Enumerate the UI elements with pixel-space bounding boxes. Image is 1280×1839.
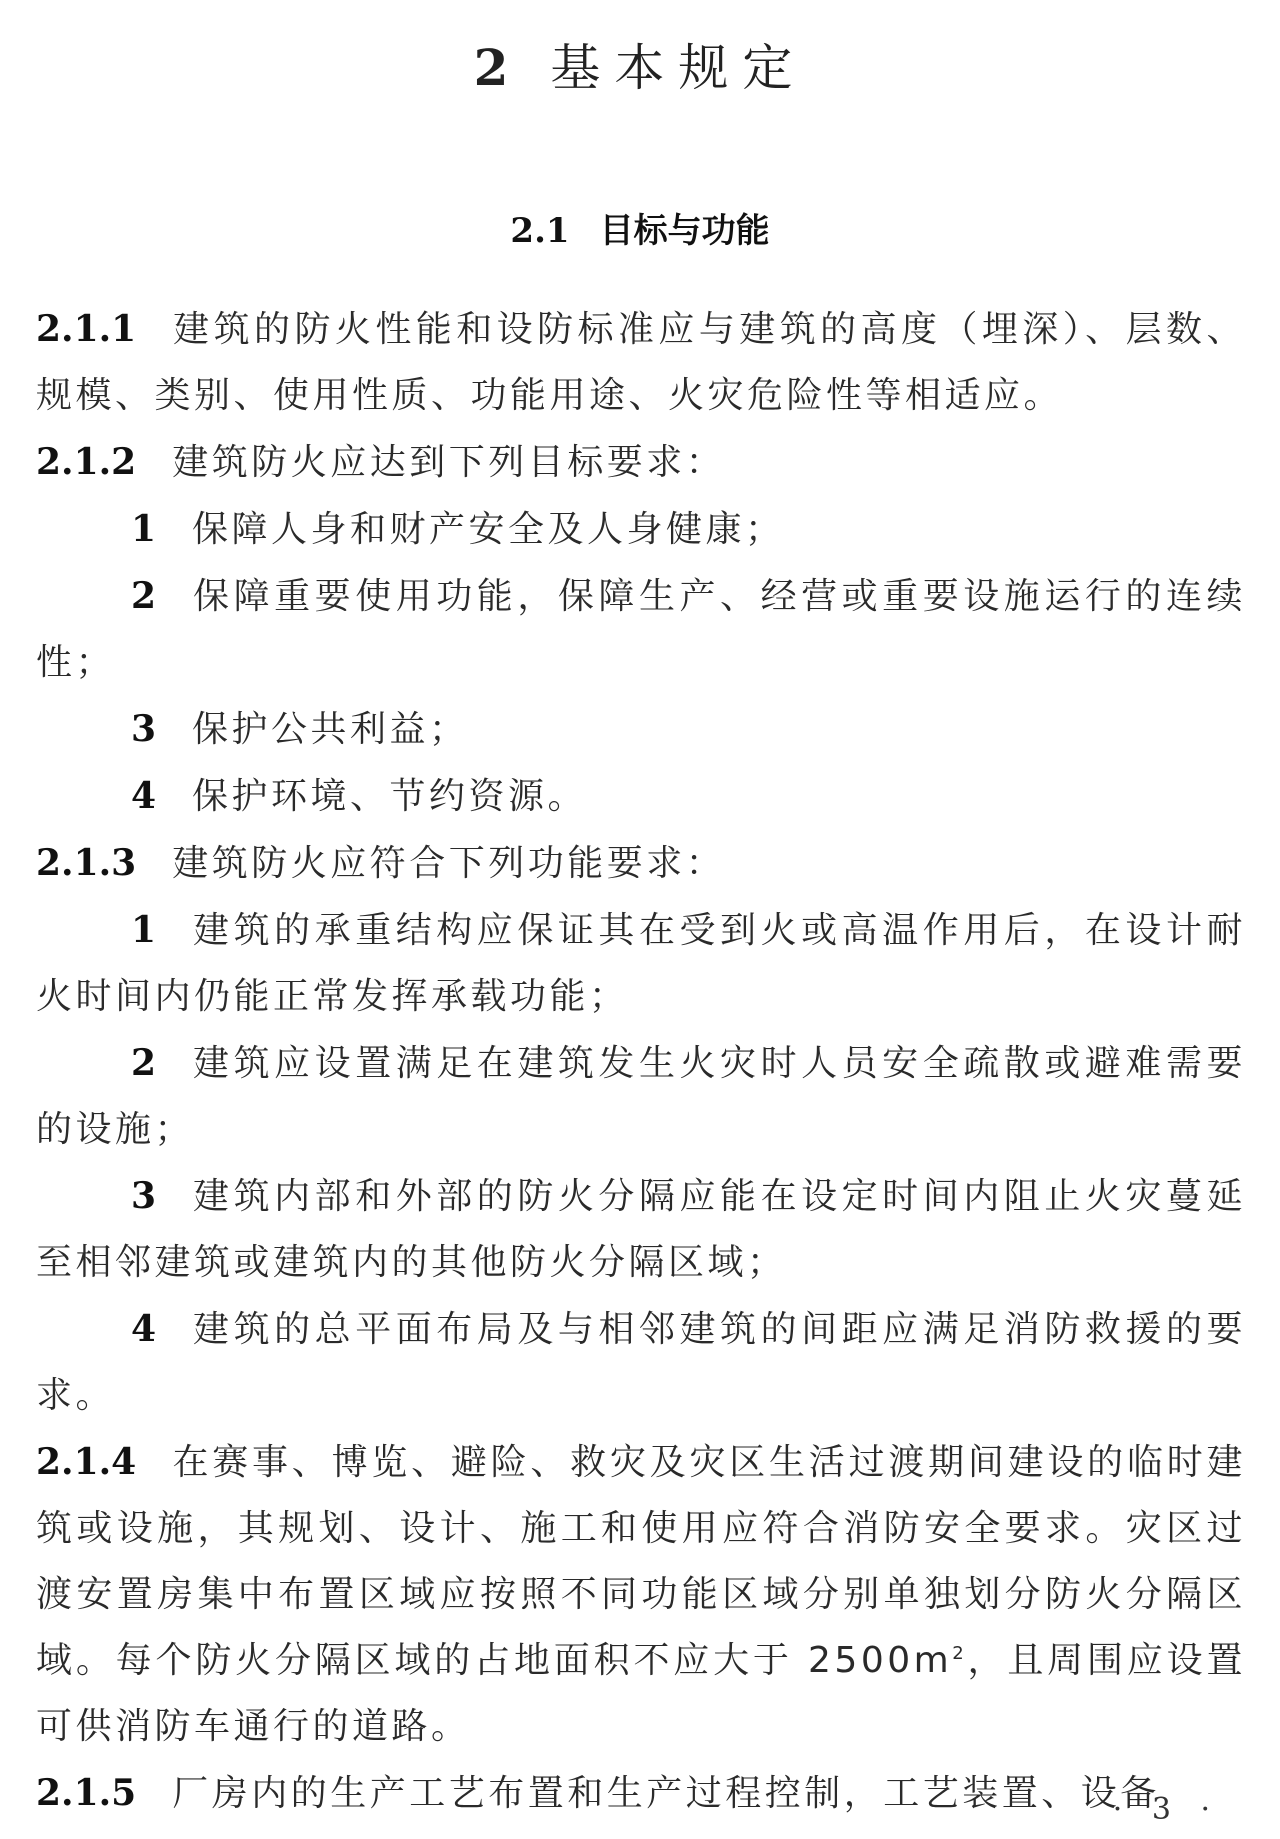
document-body: 2.1.1建筑的防火性能和设防标准应与建筑的高度（埋深）、层数、规模、类别、使用… xyxy=(36,296,1246,1827)
clause-text: 建筑防火应达到下列目标要求： xyxy=(172,442,725,483)
clause-2-1-5: 2.1.5厂房内的生产工艺布置和生产过程控制，工艺装置、设备 xyxy=(36,1760,1246,1827)
clause-number: 2.1.5 xyxy=(36,1772,136,1814)
section-title-text: 目标与功能 xyxy=(600,211,770,251)
clause-text: 建筑防火应符合下列功能要求： xyxy=(172,843,725,884)
item-text: 保障重要使用功能，保障生产、经营或重要设施运行的连续性； xyxy=(36,576,1246,683)
section-number: 2.1 xyxy=(510,211,569,251)
chapter-number: 2 xyxy=(474,38,509,97)
clause-text: 建筑的防火性能和设防标准应与建筑的高度（埋深）、层数、规模、类别、使用性质、功能… xyxy=(36,309,1246,416)
list-item: 1建筑的承重结构应保证其在受到火或高温作用后，在设计耐火时间内仍能正常发挥承载功… xyxy=(36,897,1246,1030)
clause-number: 2.1.4 xyxy=(36,1441,136,1483)
item-text: 建筑内部和外部的防火分隔应能在设定时间内阻止火灾蔓延至相邻建筑或建筑内的其他防火… xyxy=(36,1176,1246,1283)
item-number: 2 xyxy=(36,563,156,629)
item-number: 2 xyxy=(36,1030,156,1096)
item-text: 建筑的承重结构应保证其在受到火或高温作用后，在设计耐火时间内仍能正常发挥承载功能… xyxy=(36,910,1246,1017)
list-item: 3建筑内部和外部的防火分隔应能在设定时间内阻止火灾蔓延至相邻建筑或建筑内的其他防… xyxy=(36,1163,1246,1296)
item-text: 建筑的总平面布局及与相邻建筑的间距应满足消防救援的要求。 xyxy=(36,1309,1246,1416)
clause-number: 2.1.1 xyxy=(36,308,136,350)
item-text: 保障人身和财产安全及人身健康； xyxy=(192,509,785,550)
item-text: 保护公共利益； xyxy=(192,709,469,750)
list-item: 3保护公共利益； xyxy=(36,696,1246,763)
item-number: 3 xyxy=(36,696,156,762)
item-number: 3 xyxy=(36,1163,156,1229)
item-number: 4 xyxy=(36,1296,156,1362)
item-text: 建筑应设置满足在建筑发生火灾时人员安全疏散或避难需要的设施； xyxy=(36,1043,1246,1150)
clause-2-1-2: 2.1.2建筑防火应达到下列目标要求： xyxy=(36,429,1246,496)
clause-number: 2.1.2 xyxy=(36,441,136,483)
page-number: · 3 · xyxy=(1113,1792,1220,1827)
clause-number: 2.1.3 xyxy=(36,842,136,884)
list-item: 2建筑应设置满足在建筑发生火灾时人员安全疏散或避难需要的设施； xyxy=(36,1030,1246,1163)
item-number: 4 xyxy=(36,763,156,829)
item-number: 1 xyxy=(36,897,156,963)
item-number: 1 xyxy=(36,496,156,562)
clause-text: 厂房内的生产工艺布置和生产过程控制，工艺装置、设备 xyxy=(172,1773,1160,1814)
list-item: 4建筑的总平面布局及与相邻建筑的间距应满足消防救援的要求。 xyxy=(36,1296,1246,1429)
clause-2-1-3: 2.1.3建筑防火应符合下列功能要求： xyxy=(36,830,1246,897)
list-item: 4保护环境、节约资源。 xyxy=(36,763,1246,830)
chapter-title: 2基本规定 xyxy=(0,28,1280,100)
list-item: 1保障人身和财产安全及人身健康； xyxy=(36,496,1246,563)
clause-2-1-1: 2.1.1建筑的防火性能和设防标准应与建筑的高度（埋深）、层数、规模、类别、使用… xyxy=(36,296,1246,429)
chapter-title-text: 基本规定 xyxy=(550,39,806,97)
list-item: 2保障重要使用功能，保障生产、经营或重要设施运行的连续性； xyxy=(36,563,1246,696)
section-title: 2.1目标与功能 xyxy=(0,203,1280,252)
clause-2-1-4: 2.1.4在赛事、博览、避险、救灾及灾区生活过渡期间建设的临时建筑或设施，其规划… xyxy=(36,1429,1246,1760)
superscript: 2 xyxy=(952,1643,967,1664)
item-text: 保护环境、节约资源。 xyxy=(192,776,587,817)
